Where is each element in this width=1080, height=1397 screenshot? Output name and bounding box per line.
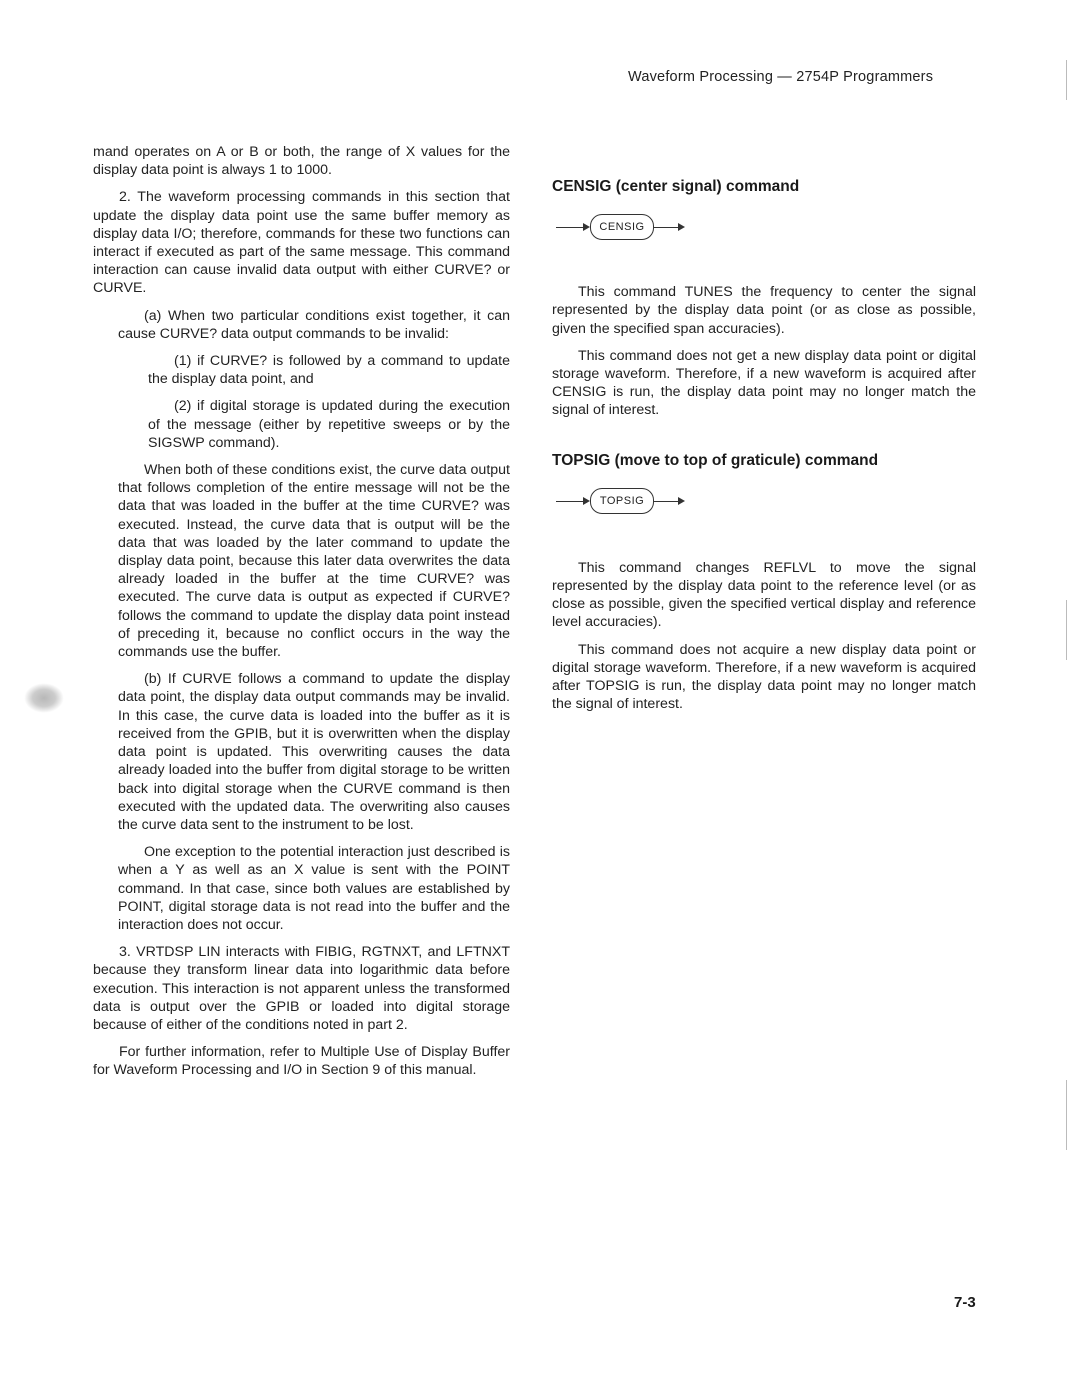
censig-syntax-diagram: CENSIG	[552, 214, 976, 242]
page-number: 7-3	[954, 1294, 976, 1311]
syntax-line	[556, 501, 586, 502]
censig-note: This command does not get a new display …	[552, 347, 976, 420]
paragraph-item-3: 3. VRTDSP LIN interacts with FIBIG, RGTN…	[93, 943, 510, 1034]
censig-syntax-box: CENSIG	[590, 214, 654, 240]
scan-edge-mark	[1066, 600, 1067, 660]
syntax-line	[654, 501, 680, 502]
paragraph-further-info: For further information, refer to Multip…	[93, 1043, 510, 1079]
scan-edge-mark	[1066, 60, 1067, 100]
arrow-right-icon	[583, 497, 590, 505]
censig-heading: CENSIG (center signal) command	[552, 178, 976, 196]
topsig-syntax-box: TOPSIG	[590, 488, 654, 514]
paragraph-item-2b: (b) If CURVE follows a command to update…	[93, 670, 510, 834]
censig-description: This command TUNES the frequency to cent…	[552, 283, 976, 338]
scan-edge-mark	[1066, 1080, 1067, 1150]
paragraph-exception: One exception to the potential interacti…	[93, 843, 510, 934]
running-header: Waveform Processing — 2754P Programmers	[628, 69, 933, 85]
arrow-right-icon	[678, 497, 685, 505]
arrow-right-icon	[678, 223, 685, 231]
binder-hole-mark	[24, 683, 64, 713]
left-column: mand operates on A or B or both, the ran…	[93, 143, 510, 1089]
paragraph-item-2a: (a) When two particular conditions exist…	[93, 307, 510, 343]
paragraph-condition-1: (1) if CURVE? is followed by a command t…	[93, 352, 510, 388]
topsig-heading: TOPSIG (move to top of graticule) comman…	[552, 452, 976, 470]
topsig-note: This command does not acquire a new disp…	[552, 641, 976, 714]
paragraph-item-2: 2. The waveform processing commands in t…	[93, 188, 510, 297]
syntax-line	[556, 227, 586, 228]
paragraph-conditions-effect: When both of these conditions exist, the…	[93, 461, 510, 661]
topsig-syntax-diagram: TOPSIG	[552, 488, 976, 516]
arrow-right-icon	[583, 223, 590, 231]
topsig-description: This command changes REFLVL to move the …	[552, 559, 976, 632]
paragraph-intro: mand operates on A or B or both, the ran…	[93, 143, 510, 179]
syntax-line	[654, 227, 680, 228]
right-column: CENSIG (center signal) command CENSIG Th…	[552, 178, 976, 722]
paragraph-condition-2: (2) if digital storage is updated during…	[93, 397, 510, 452]
